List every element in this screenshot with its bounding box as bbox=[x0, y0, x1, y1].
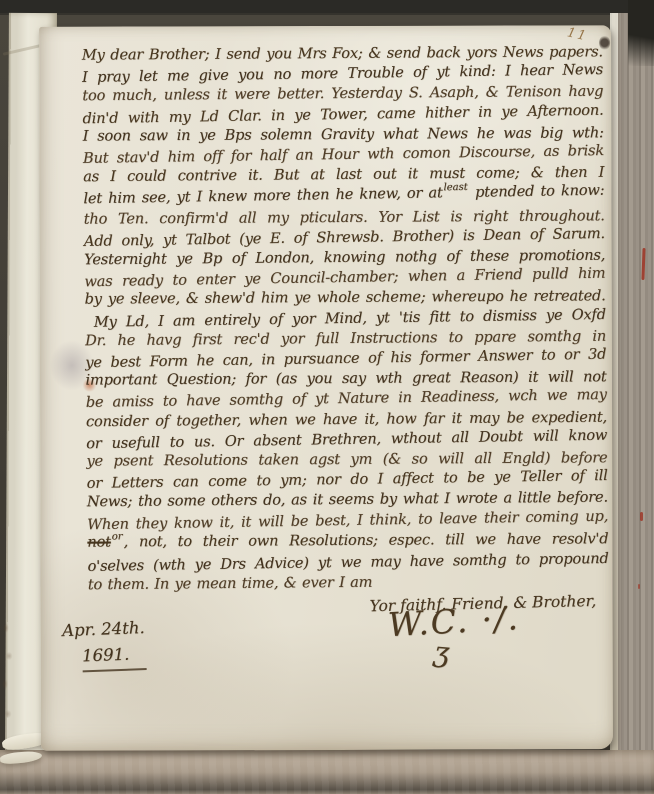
manuscript-scan: 11 My dear Brother; I send you Mrs Fox; … bbox=[0, 0, 654, 794]
signature-flourish: ʒ bbox=[432, 635, 451, 669]
date-month-day: Apr. 24th. bbox=[62, 615, 145, 644]
interlinear-insertion: or bbox=[112, 527, 123, 547]
letter-date: Apr. 24th. 1691. bbox=[62, 615, 147, 673]
date-year: 1691. bbox=[82, 641, 147, 672]
signature: W.C. ·/. ʒ bbox=[387, 598, 522, 671]
red-edge-mark bbox=[640, 512, 643, 521]
table-cloth bbox=[0, 750, 654, 794]
letter-body: My dear Brother; I send you Mrs Fox; & s… bbox=[82, 41, 609, 596]
interlinear-insertion: least bbox=[443, 178, 468, 199]
struck-word: not bbox=[87, 533, 111, 550]
dark-corner-shadow bbox=[628, 0, 654, 66]
manuscript-page: 11 My dear Brother; I send you Mrs Fox; … bbox=[39, 25, 613, 750]
book-fore-edge bbox=[612, 13, 654, 770]
line-text: , not, to their own Resolutions; espec. … bbox=[124, 530, 609, 550]
letter-line: to them. In ye mean time, & ever I am bbox=[88, 571, 609, 596]
line-text: ptended to know: bbox=[469, 182, 605, 201]
ink-bleed-marks bbox=[0, 618, 16, 734]
line-text: let him see, yt I knew more then he knew… bbox=[83, 185, 442, 208]
signature-initials: W.C. ·/. bbox=[387, 598, 521, 644]
red-edge-mark bbox=[638, 584, 640, 589]
